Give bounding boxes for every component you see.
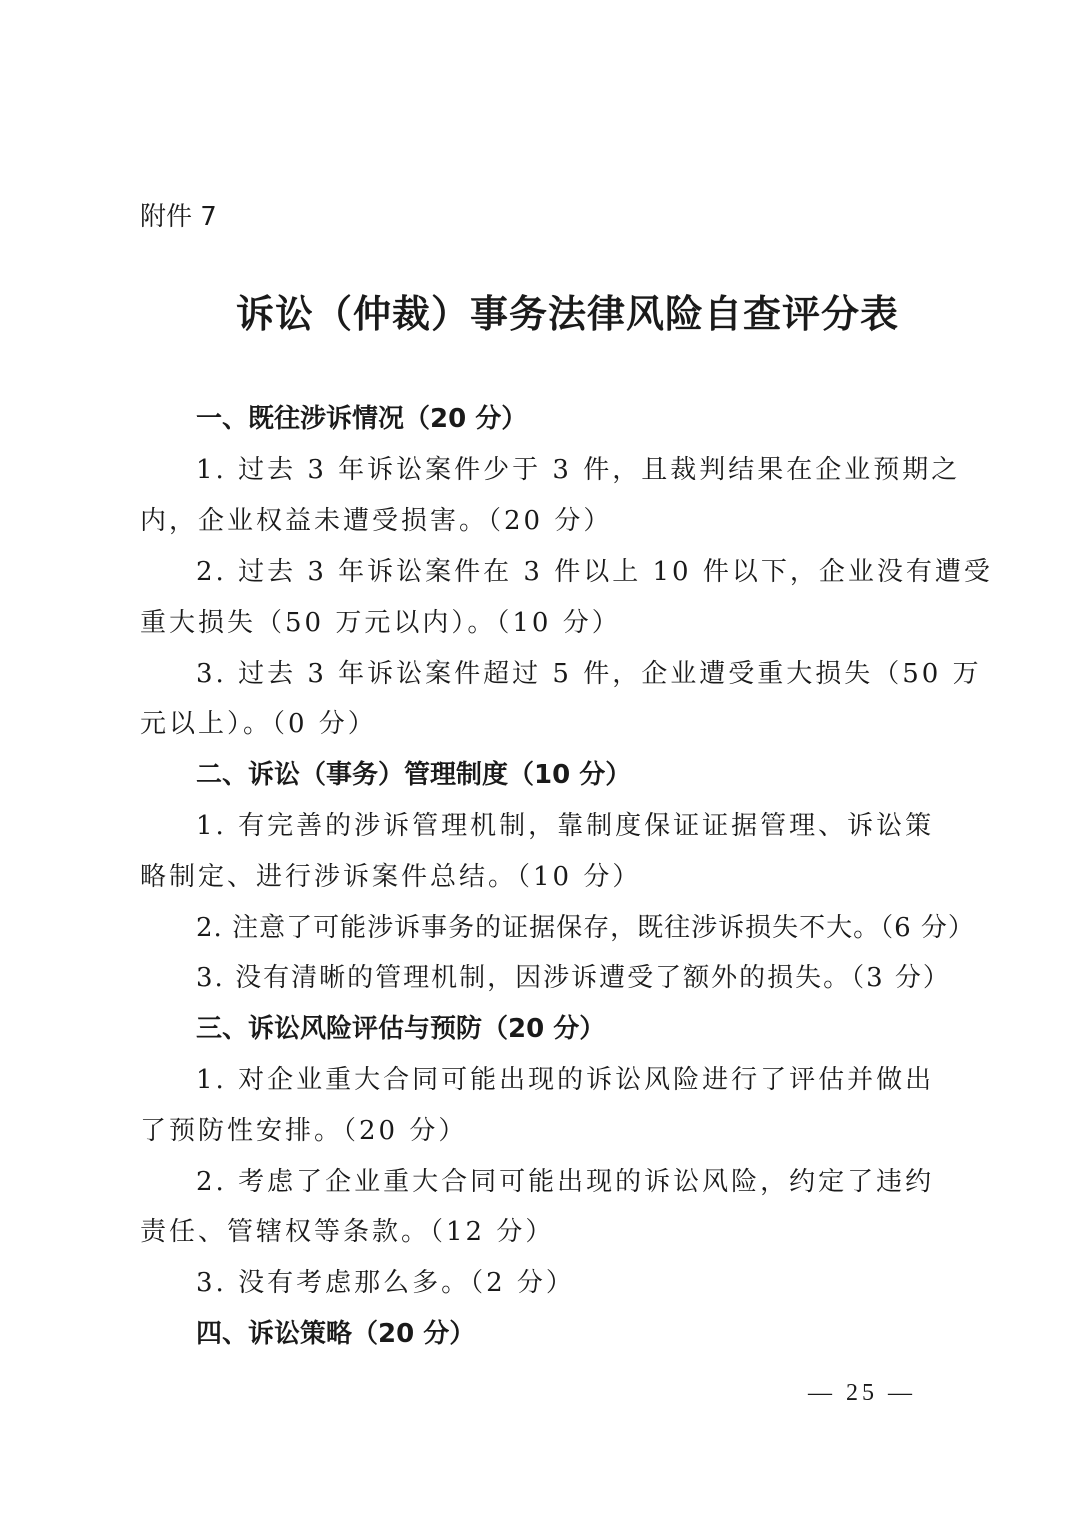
section-item-line: 3. 没有清晰的管理机制，因涉诉遭受了额外的损失。（3 分） bbox=[196, 961, 951, 995]
section-item-line: 了预防性安排。（20 分） bbox=[140, 1114, 467, 1148]
section-heading: 四、诉讼策略（20 分） bbox=[196, 1317, 475, 1351]
section-item-line: 重大损失（50 万元以内）。（10 分） bbox=[140, 606, 621, 640]
section-item-line: 内，企业权益未遭受损害。（20 分） bbox=[140, 504, 612, 538]
section-item-line: 责任、管辖权等条款。（12 分） bbox=[140, 1215, 554, 1249]
section-item-line: 略制定、进行涉诉案件总结。（10 分） bbox=[140, 860, 641, 894]
section-item-line: 2. 考虑了企业重大合同可能出现的诉讼风险，约定了违约 bbox=[196, 1165, 934, 1199]
section-item-line: 2. 过去 3 年诉讼案件在 3 件以上 10 件以下，企业没有遭受 bbox=[196, 555, 993, 589]
section-heading: 二、诉讼（事务）管理制度（10 分） bbox=[196, 758, 631, 792]
section-item-line: 3. 过去 3 年诉讼案件超过 5 件，企业遭受重大损失（50 万 bbox=[196, 657, 982, 691]
section-item-line: 元以上）。（0 分） bbox=[140, 707, 377, 741]
section-item-line: 1. 过去 3 年诉讼案件少于 3 件，且裁判结果在企业预期之 bbox=[196, 453, 960, 487]
section-item-line: 1. 对企业重大合同可能出现的诉讼风险进行了评估并做出 bbox=[196, 1063, 934, 1097]
attachment-label: 附件 7 bbox=[140, 200, 217, 234]
page-number: — 25 — bbox=[808, 1376, 916, 1410]
section-item-line: 1. 有完善的涉诉管理机制，靠制度保证证据管理、诉讼策 bbox=[196, 809, 934, 843]
section-heading: 三、诉讼风险评估与预防（20 分） bbox=[196, 1012, 605, 1046]
section-item-line: 3. 没有考虑那么多。（2 分） bbox=[196, 1266, 575, 1300]
section-item-line: 2. 注意了可能涉诉事务的证据保存，既往涉诉损失不大。（6 分） bbox=[196, 911, 975, 945]
document-page: 附件 7 诉讼（仲裁）事务法律风险自查评分表 一、既往涉诉情况（20 分） 1.… bbox=[0, 0, 1080, 1527]
document-title: 诉讼（仲裁）事务法律风险自查评分表 bbox=[236, 290, 899, 338]
section-heading: 一、既往涉诉情况（20 分） bbox=[196, 402, 527, 436]
